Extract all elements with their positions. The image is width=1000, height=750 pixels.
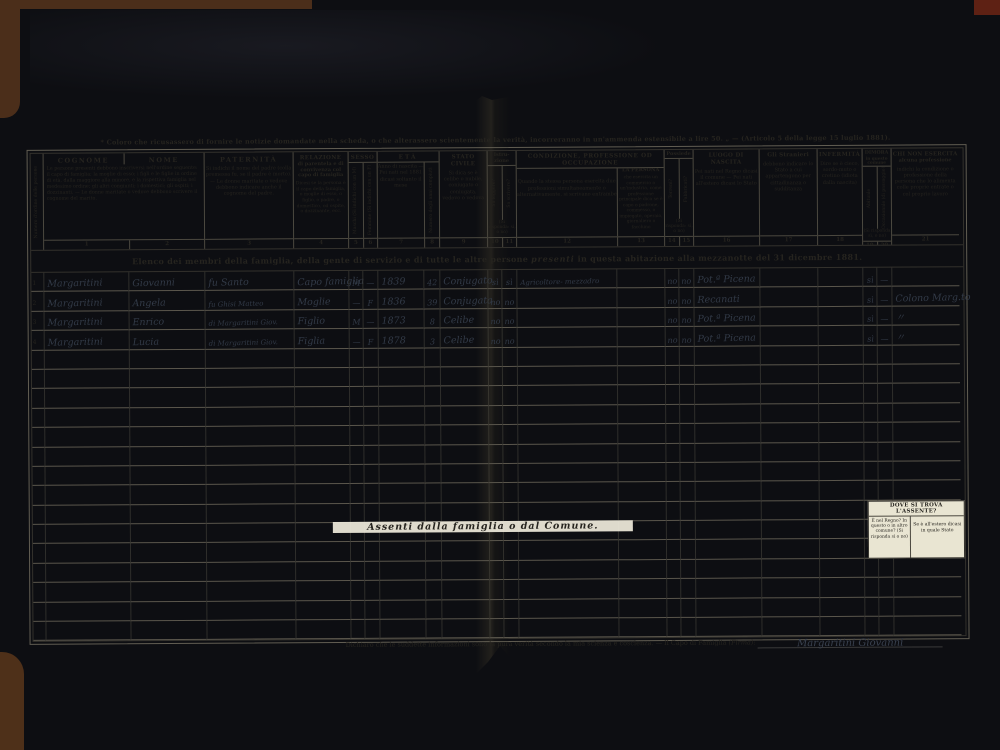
cell-ss <box>502 444 517 463</box>
cell-sl: sì <box>487 270 501 289</box>
cell-stranieri <box>760 443 818 463</box>
cell-anni <box>424 464 440 483</box>
cell-anni <box>424 406 440 425</box>
cell-occasionale: — <box>877 326 892 345</box>
cell-paternita <box>206 582 295 602</box>
cell-condizione <box>518 599 618 619</box>
cell-num <box>32 428 44 447</box>
cell-cognome <box>45 505 130 525</box>
cell-relazione: Moglie <box>293 290 348 310</box>
handwritten-entry-cognome: Margaritini <box>47 278 103 290</box>
cell-infermita <box>819 481 864 501</box>
dove-regno-label: È nel Regno? In questo o in altro comune… <box>869 516 911 557</box>
cell-anno: 1836 <box>377 290 423 310</box>
dove-estero-label: Se è all'estero dicasi in quale Stato <box>911 516 964 557</box>
cell-stato: Conjugato <box>439 270 487 290</box>
cell-anno <box>379 600 425 620</box>
cell-stranieri <box>759 287 817 307</box>
handwritten-entry-f: — <box>366 318 374 327</box>
cell-luogo <box>695 598 761 618</box>
paternita-instructions: Si indichi il nome del padre (colla prem… <box>205 163 293 238</box>
handwritten-entry-abituale: sì <box>866 276 873 285</box>
cell-anno: 1878 <box>378 329 424 349</box>
handwritten-entry-nome: Giovanni <box>132 278 175 290</box>
cell-condizione <box>517 366 617 386</box>
cell-occasionale: — <box>876 268 891 287</box>
handwritten-entry-fabbricati: no <box>681 277 691 286</box>
cell-anno <box>378 348 424 368</box>
cell-cognome <box>45 563 130 583</box>
handwritten-entry-ss: no <box>504 317 514 326</box>
luogo-instructions: Pei nati nel Regno dicasi il comune — Pe… <box>694 166 759 235</box>
cell-stranieri <box>760 462 818 482</box>
assenti-heading: Assenti dalla famiglia o dal Comune. <box>333 520 633 533</box>
handwritten-entry-num: 3 <box>33 319 37 326</box>
possiede-note: (Si risponda: sì, o no) <box>665 219 693 236</box>
cell-occasionale <box>877 423 892 442</box>
handwritten-entry-relazione: Figlio <box>297 316 325 328</box>
cell-f <box>363 387 378 406</box>
cell-paternita: di Margaritini Giov. <box>205 329 294 349</box>
cell-condizione <box>518 502 618 522</box>
handwritten-entry-luogo: Recanati <box>697 294 740 306</box>
maschi-label: Maschi (Si indichi con un M) <box>353 167 359 234</box>
cell-condizione <box>518 541 618 561</box>
cell-persona <box>616 269 664 289</box>
possiede-title: Possiede <box>665 150 693 158</box>
cell-sl: no <box>488 328 502 347</box>
cell-nome: Lucia <box>129 330 205 350</box>
cell-anni: 42 <box>423 270 439 289</box>
cell-sl: no <box>488 309 502 328</box>
cell-cognome <box>44 350 129 370</box>
handwritten-entry-f: — <box>366 279 374 288</box>
cell-stranieri <box>761 598 819 618</box>
cell-occasionale: — <box>877 306 892 325</box>
cell-sl <box>488 348 502 367</box>
abituale-label: Abituale <box>867 188 872 208</box>
firma-label: (Firma): <box>729 638 756 646</box>
nome-title: NOME <box>123 153 204 165</box>
infermita-title: INFERMITÀ <box>818 149 862 159</box>
cell-cognome: Margaritini <box>44 311 129 331</box>
cell-sl <box>489 619 503 638</box>
cell-cognome: Margaritini <box>43 292 128 312</box>
handwritten-entry-ss: no <box>504 297 514 306</box>
col-number-1: 1 <box>44 240 129 250</box>
handwritten-entry-cognome: Margaritini <box>47 297 103 309</box>
cell-occasionale <box>877 345 892 364</box>
cell-sl <box>489 580 503 599</box>
luogo-title: LUOGO DI NASCITA <box>694 149 759 166</box>
cell-ss <box>502 367 517 386</box>
cell-luogo: Recanati <box>693 288 759 308</box>
cell-ss <box>502 347 517 366</box>
cell-terreni <box>665 424 679 443</box>
cell-anni <box>424 387 440 406</box>
cell-ss: no <box>502 309 517 328</box>
cell-stranieri <box>761 559 819 579</box>
col-number-6: 6 <box>363 239 378 248</box>
cell-persona <box>617 347 665 367</box>
handwritten-entry-f: F <box>368 337 374 346</box>
cell-sl <box>488 464 502 483</box>
cell-cognome <box>44 447 129 467</box>
cell-fabbricati <box>679 385 694 404</box>
cell-terreni <box>666 540 680 559</box>
handwritten-entry-terreni: no <box>667 296 677 305</box>
cell-m <box>350 581 364 600</box>
cell-persona <box>618 560 666 580</box>
cell-chi_non <box>892 384 960 404</box>
cell-stranieri <box>760 404 818 424</box>
col-number-4: 4 <box>294 238 348 248</box>
cell-f <box>363 407 378 426</box>
cell-sl <box>489 600 503 619</box>
fabbricati-label: Fabbricati? <box>683 176 688 202</box>
cell-cognome <box>45 486 130 506</box>
caption-pre: Elenco dei membri della famiglia, della … <box>132 253 528 265</box>
cell-num <box>33 583 45 602</box>
numero-ordine-label: Numero d'ordine delle persone <box>34 166 40 239</box>
cell-f: — <box>363 310 378 329</box>
handwritten-entry-abituale: sì <box>867 334 874 343</box>
cell-relazione <box>295 601 350 621</box>
col-header-infermita: INFERMITÀ Dire se è cieco, sordo-muto o … <box>817 149 863 245</box>
cell-m <box>350 484 364 503</box>
cell-nome: Giovanni <box>128 272 204 292</box>
cell-terreni <box>666 579 680 598</box>
cell-num <box>33 486 45 505</box>
cell-relazione <box>294 407 349 427</box>
cell-persona <box>616 288 664 308</box>
cell-anno: 1873 <box>378 309 424 329</box>
handwritten-entry-stato: Celibe <box>443 315 474 327</box>
cell-paternita: di Margaritini Giov. <box>205 310 294 330</box>
wooden-table-corner-topleft <box>0 0 20 118</box>
cell-persona <box>618 579 666 599</box>
cell-relazione <box>294 387 349 407</box>
assenti-section: Assenti dalla famiglia o dal Comune. DOV… <box>33 500 965 564</box>
cell-nome <box>130 582 206 602</box>
stato-civile-instructions: Si dica se è celibe o nubile, coniugato … <box>440 168 487 237</box>
cell-anni <box>425 581 441 600</box>
cell-stato <box>441 600 489 620</box>
cell-infermita <box>817 287 862 307</box>
cell-ss <box>503 503 518 522</box>
cell-sl <box>489 503 503 522</box>
handwritten-entry-anno: 1836 <box>381 296 405 308</box>
handwritten-entry-fabbricati: no <box>681 335 691 344</box>
cell-m <box>350 620 364 639</box>
cell-stranieri <box>761 617 819 637</box>
handwritten-entry-num: 1 <box>32 280 36 287</box>
cell-ss <box>503 619 518 638</box>
cell-terreni: no <box>665 327 679 346</box>
handwritten-entry-m: — <box>352 337 360 346</box>
col-header-condizione: CONDIZIONE, PROFESSIONE OD OCCUPAZIONE Q… <box>516 150 665 247</box>
cell-condizione: Agricoltore- mezzadro <box>516 269 616 289</box>
cell-condizione <box>517 424 617 444</box>
handwritten-entry-fabbricati: no <box>681 316 691 325</box>
cell-chi_non <box>893 577 961 597</box>
cell-occasionale <box>877 384 892 403</box>
dove-si-trova-assente-box: DOVE SI TROVA L'ASSENTE? È nel Regno? In… <box>868 500 965 559</box>
infermita-instructions: Dire se è cieco, sordo-muto o cretino (i… <box>818 159 862 235</box>
cell-ss <box>503 600 518 619</box>
cell-nome <box>129 427 205 447</box>
stato-civile-title: STATO CIVILE <box>440 151 487 168</box>
cell-stato <box>440 445 488 465</box>
cell-f <box>363 445 378 464</box>
cell-condizione <box>518 560 618 580</box>
cell-condizione <box>518 618 618 638</box>
cell-paternita: fu Santo <box>204 271 293 291</box>
cell-luogo <box>694 462 760 482</box>
cell-condizione <box>518 580 618 600</box>
handwritten-entry-nome: Lucia <box>133 336 160 348</box>
cell-condizione <box>517 327 617 347</box>
cell-cognome <box>45 583 130 603</box>
cell-cognome <box>44 408 129 428</box>
col-header-luogo-nascita: LUOGO DI NASCITA Pei nati nel Regno dica… <box>693 149 760 245</box>
cell-nome <box>129 466 205 486</box>
cell-condizione <box>517 347 617 367</box>
cell-terreni: no <box>664 269 678 288</box>
cell-stranieri <box>760 423 818 443</box>
cell-f <box>363 465 378 484</box>
cell-paternita <box>206 601 295 621</box>
dimora-subtitle: in questo comune <box>863 156 891 166</box>
handwritten-entry-m: M <box>351 279 360 288</box>
cell-m <box>349 465 363 484</box>
cell-relazione <box>295 562 350 582</box>
cell-abituale: sì <box>863 307 877 326</box>
handwritten-entry-abituale: sì <box>866 295 873 304</box>
cell-num <box>32 370 44 389</box>
cell-stato <box>441 580 489 600</box>
cell-persona <box>617 308 665 328</box>
cell-cognome <box>44 369 129 389</box>
cell-abituale: sì <box>862 268 876 287</box>
handwritten-entry-anni: 39 <box>427 298 438 307</box>
cell-stranieri <box>760 307 818 327</box>
dimora-note: (Si risponda sì, o no) <box>863 229 891 241</box>
cell-f <box>363 426 378 445</box>
cell-infermita <box>819 617 864 637</box>
cell-chi_non <box>892 422 960 442</box>
cell-terreni: no <box>664 288 678 307</box>
book-cover <box>30 10 670 100</box>
cell-infermita <box>818 365 863 385</box>
cell-fabbricati <box>680 598 695 617</box>
cell-cognome <box>45 621 130 641</box>
handwritten-entry-chi_non: 〃 <box>895 310 905 324</box>
col-number-16: 16 <box>694 235 759 245</box>
cell-m: — <box>348 290 362 309</box>
cell-m <box>350 504 364 523</box>
cell-abituale: sì <box>863 326 877 345</box>
cell-persona <box>618 599 666 619</box>
cell-anni <box>425 561 441 580</box>
cell-chi_non <box>892 345 960 365</box>
handwritten-entry-abituale: sì <box>866 315 873 324</box>
col-number-9: 9 <box>440 237 487 247</box>
cell-stato <box>440 348 488 368</box>
cell-f <box>364 620 379 639</box>
cell-infermita <box>818 404 863 424</box>
cell-abituale <box>864 617 878 636</box>
handwritten-entry-anno: 1873 <box>381 315 405 327</box>
cell-paternita <box>206 620 295 640</box>
cell-paternita <box>205 368 294 388</box>
col-header-paternita: PATERNITÀ Si indichi il nome del padre (… <box>204 152 294 249</box>
cell-stato <box>441 483 489 503</box>
cell-occasionale <box>878 597 893 616</box>
cell-m: M <box>349 310 363 329</box>
cell-anni <box>425 600 441 619</box>
cell-anni <box>425 619 441 638</box>
cell-sl <box>489 483 503 502</box>
cell-relazione <box>295 581 350 601</box>
cell-f: — <box>362 271 377 290</box>
col-header-cognome-nome: COGNOME NOME Le persone presenti debbono… <box>43 153 205 250</box>
handwritten-entry-sl: no <box>490 297 500 306</box>
cell-terreni <box>666 502 680 521</box>
cell-stranieri <box>761 540 819 560</box>
cell-luogo <box>695 579 761 599</box>
handwritten-entry-ss: no <box>504 336 514 345</box>
cell-chi_non <box>891 267 959 287</box>
cell-f <box>363 348 378 367</box>
cell-relazione: Figlio <box>294 310 349 330</box>
cell-infermita <box>818 345 863 365</box>
cell-infermita <box>818 384 863 404</box>
cell-num <box>32 350 44 369</box>
handwritten-entry-stato: Conjugata <box>443 295 493 307</box>
cell-ss <box>502 464 517 483</box>
cell-condizione <box>517 463 617 483</box>
cell-m: — <box>349 329 363 348</box>
cell-paternita: fu Ghisi Matteo <box>204 291 293 311</box>
col-number-2: 2 <box>129 240 204 249</box>
handwritten-entry-nome: Angela <box>132 297 166 309</box>
cell-paternita <box>206 485 295 505</box>
declaration-text: Dichiaro che le suddette informazioni so… <box>346 639 727 649</box>
cell-sl <box>488 367 502 386</box>
cell-luogo <box>694 404 760 424</box>
cell-infermita <box>819 578 864 598</box>
cell-occasionale <box>877 462 892 481</box>
handwritten-entry-cognome: Margaritini <box>47 317 103 329</box>
cell-terreni <box>666 482 680 501</box>
cell-relazione: Capo famiglia <box>293 271 348 291</box>
cell-terreni <box>666 521 680 540</box>
cell-num <box>33 544 45 563</box>
handwritten-entry-m: — <box>352 298 360 307</box>
cell-fabbricati: no <box>678 288 693 307</box>
cell-m <box>349 426 363 445</box>
cell-nome: Angela <box>128 291 204 311</box>
handwritten-entry-paternita: di Margaritini Giov. <box>208 318 277 328</box>
cell-condizione <box>516 289 616 309</box>
istruzione-title: Istru- zione <box>488 151 516 165</box>
cell-infermita <box>819 559 864 579</box>
cell-paternita <box>206 562 295 582</box>
col-header-stranieri: Gli Stranieri debbono indicare lo Stato … <box>759 149 818 245</box>
cell-abituale <box>863 384 877 403</box>
cell-nome <box>129 388 205 408</box>
cell-infermita <box>819 500 864 520</box>
cell-anno <box>378 426 424 446</box>
cell-anni: 8 <box>424 309 440 328</box>
cell-paternita <box>206 523 295 543</box>
cell-stranieri <box>760 346 818 366</box>
paternita-title: PATERNITÀ <box>205 152 293 164</box>
cell-fabbricati <box>679 424 694 443</box>
cell-anno <box>378 445 424 465</box>
col-number-21: 21 <box>892 234 959 244</box>
handwritten-entry-paternita: fu Santo <box>208 277 249 289</box>
cell-fabbricati <box>680 521 695 540</box>
handwritten-entry-chi_non: 〃 <box>895 329 905 343</box>
cell-nome <box>130 505 206 525</box>
handwritten-entry-terreni: no <box>667 335 677 344</box>
cell-stranieri <box>760 326 818 346</box>
cell-terreni <box>666 618 680 637</box>
cell-paternita <box>205 465 294 485</box>
cell-m <box>350 600 364 619</box>
caption-presenti: presenti <box>531 253 575 263</box>
cell-ss: no <box>502 328 517 347</box>
cell-persona <box>617 366 665 386</box>
cell-anni <box>424 348 440 367</box>
cell-m <box>350 542 364 561</box>
cell-relazione <box>294 349 349 369</box>
cell-cognome: Margaritini <box>43 272 128 292</box>
cell-f <box>364 484 379 503</box>
cell-fabbricati <box>680 560 695 579</box>
cell-f <box>364 503 379 522</box>
handwritten-entry-sl: sì <box>491 278 498 287</box>
legal-warning-text: * Coloro che ricusassero di fornire le n… <box>29 133 961 147</box>
cell-sl <box>488 445 502 464</box>
cell-m <box>349 368 363 387</box>
cell-f <box>364 600 379 619</box>
cell-occasionale <box>877 403 892 422</box>
cell-sl <box>488 406 502 425</box>
cell-persona <box>618 540 666 560</box>
condizione-title: CONDIZIONE, PROFESSIONE OD OCCUPAZIONE <box>517 150 664 168</box>
cell-persona <box>618 618 666 638</box>
cell-chi_non <box>893 481 961 501</box>
cell-num <box>32 409 44 428</box>
cell-ss <box>503 483 518 502</box>
col-number-20: 20 <box>877 242 892 245</box>
cell-fabbricati <box>680 540 695 559</box>
cell-stranieri <box>761 501 819 521</box>
handwritten-entry-num: 2 <box>32 300 36 307</box>
cell-paternita <box>205 426 294 446</box>
cell-abituale <box>863 345 877 364</box>
cell-condizione <box>517 386 617 406</box>
cell-num: 2 <box>31 292 43 311</box>
cell-fabbricati <box>680 579 695 598</box>
handwritten-entry-anni: 8 <box>429 317 434 326</box>
cell-cognome: Margaritini <box>44 330 129 350</box>
cell-cognome <box>45 602 130 622</box>
col-number-13: 13 <box>617 237 664 246</box>
